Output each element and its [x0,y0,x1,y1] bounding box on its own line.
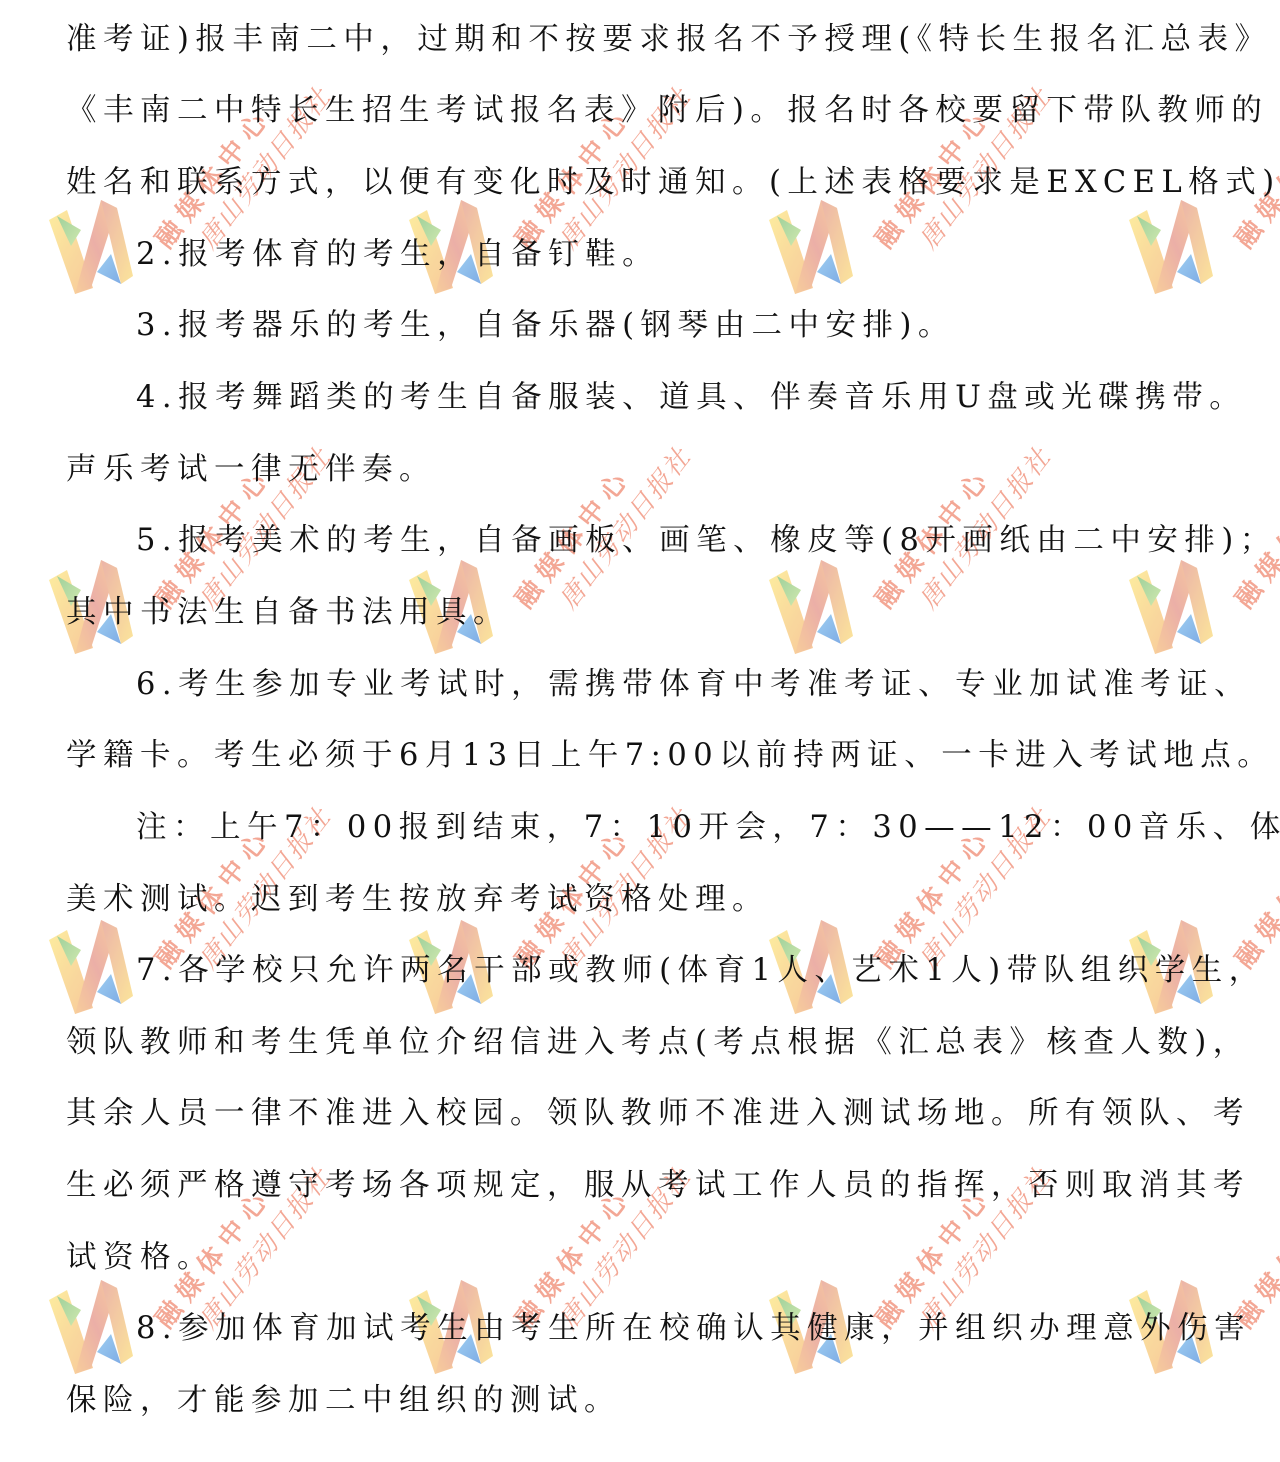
watermark-line-1: 融媒体中心 [505,417,671,615]
text-line: 保险，才能参加二中组织的测试。 [66,1381,1226,1421]
list-item-2: 2.报考体育的考生，自备钉鞋。 [136,235,1280,275]
watermark-line-1: 融媒体中心 [505,777,671,975]
text-line: 姓名和联系方式，以便有变化时及时通知。(上述表格要求是EXCEL格式) [66,163,1226,203]
text-line: 声乐考试一律无伴奏。 [66,450,1226,490]
watermark-line-1: 融媒体中心 [1225,57,1280,255]
text-line: 领队教师和考生凭单位介绍信进入考点(考点根据《汇总表》核查人数)， [66,1023,1226,1063]
list-item-7: 7.各学校只允许两名干部或教师(体育1人、艺术1人)带队组织学生， [136,951,1280,991]
watermark-line-1: 融媒体中心 [865,57,1031,255]
watermark-line-1: 融媒体中心 [1225,417,1280,615]
watermark-line-1: 融媒体中心 [1225,1137,1280,1335]
text-line: 试资格。 [66,1238,1226,1278]
watermark-line-1: 融媒体中心 [145,417,311,615]
watermark-line-1: 融媒体中心 [145,57,311,255]
watermark-line-1: 融媒体中心 [865,417,1031,615]
watermark-line-1: 融媒体中心 [505,57,671,255]
watermark-line-1: 融媒体中心 [1225,777,1280,975]
watermark-logo-icon [45,198,135,294]
note-line: 注：上午7：00报到结束，7：10开会，7：30——12：00音乐、体育、 [136,808,1280,848]
list-item-8: 8.参加体育加试考生由考生所在校确认其健康，并组织办理意外伤害 [136,1309,1280,1349]
watermark-line-1: 融媒体中心 [865,777,1031,975]
watermark-logo-icon [45,918,135,1014]
text-line: 其中书法生自备书法用具。 [66,593,1226,633]
text-line: 学籍卡。考生必须于6月13日上午7:00以前持两证、一卡进入考试地点。 [66,736,1226,776]
list-item-4: 4.报考舞蹈类的考生自备服装、道具、伴奏音乐用U盘或光碟携带。 [136,378,1280,418]
text-line: 美术测试。迟到考生按放弃考试资格处理。 [66,880,1226,920]
list-item-3: 3.报考器乐的考生，自备乐器(钢琴由二中安排)。 [136,306,1280,346]
document-page: 融媒体中心 唐山劳动日报社 融媒体中心 唐山劳动日报社 融媒体中心 唐山劳动日报… [0,0,1280,1462]
text-line: 准考证)报丰南二中，过期和不按要求报名不予授理(《特长生报名汇总表》 [66,20,1226,60]
text-line: 《丰南二中特长生招生考试报名表》附后)。报名时各校要留下带队教师的 [66,91,1226,131]
watermark-line-1: 融媒体中心 [145,777,311,975]
text-line: 生必须严格遵守考场各项规定，服从考试工作人员的指挥，否则取消其考 [66,1166,1226,1206]
list-item-5: 5.报考美术的考生，自备画板、画笔、橡皮等(8开画纸由二中安排)； [136,521,1280,561]
watermark-logo-icon [45,1278,135,1374]
text-line: 其余人员一律不准进入校园。领队教师不准进入测试场地。所有领队、考 [66,1094,1226,1134]
list-item-6: 6.考生参加专业考试时，需携带体育中考准考证、专业加试准考证、 [136,665,1280,705]
